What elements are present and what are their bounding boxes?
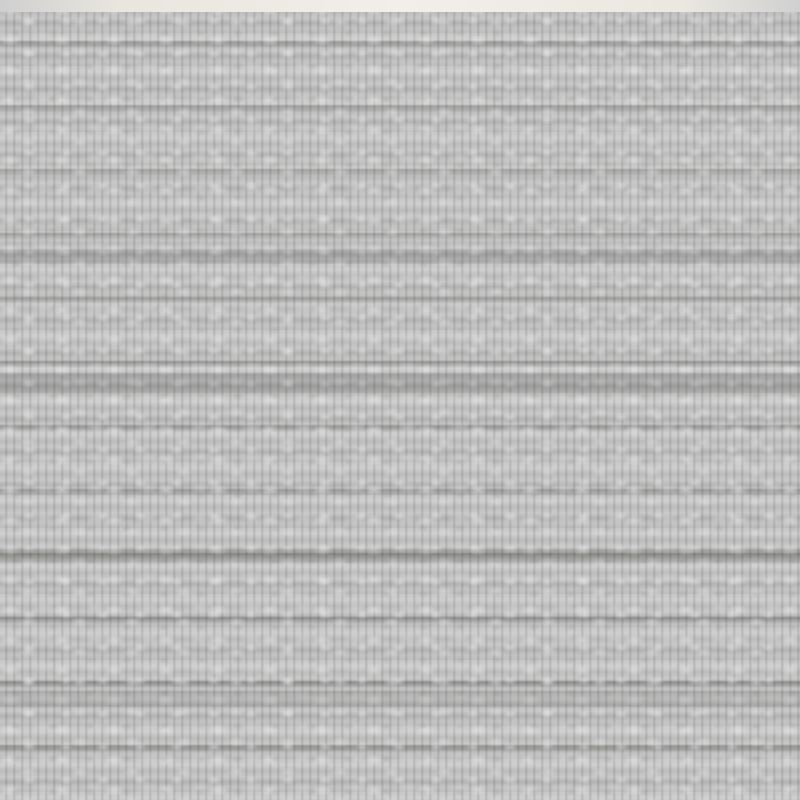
dark-weave-streaks	[0, 0, 800, 800]
cream-edge-band	[0, 0, 800, 12]
fabric-texture-photo	[0, 0, 800, 800]
